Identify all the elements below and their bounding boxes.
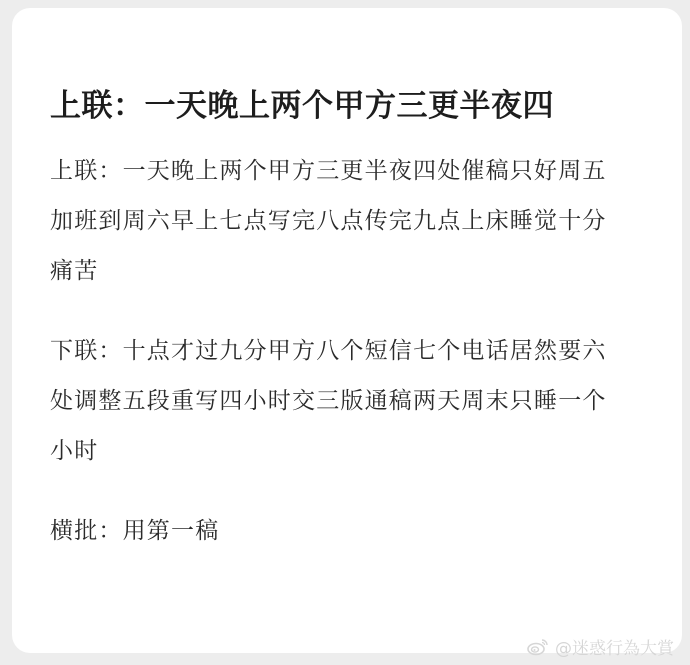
text-line: 小时 [50,426,660,476]
post-title: 上联：一天晚上两个甲方三更半夜四 [50,80,554,125]
weibo-watermark: @迷惑行為大賞 [527,634,674,659]
text-line: 处调整五段重写四小时交三版通稿两天周末只睡一个 [50,376,660,426]
text-line: 加班到周六早上七点写完八点传完九点上床睡觉十分 [50,196,660,246]
upper-couplet-paragraph: 上联：一天晚上两个甲方三更半夜四处催稿只好周五 加班到周六早上七点写完八点传完九… [50,146,660,296]
watermark-text: @迷惑行為大賞 [555,634,674,659]
lower-couplet-paragraph: 下联：十点才过九分甲方八个短信七个电话居然要六 处调整五段重写四小时交三版通稿两… [50,326,660,476]
text-line: 下联：十点才过九分甲方八个短信七个电话居然要六 [50,326,660,376]
text-line: 痛苦 [50,246,660,296]
text-line: 横批：用第一稿 [50,506,660,556]
weibo-icon [527,638,549,656]
horizontal-scroll-paragraph: 横批：用第一稿 [50,506,660,556]
text-line: 上联：一天晚上两个甲方三更半夜四处催稿只好周五 [50,146,660,196]
content-card: 上联：一天晚上两个甲方三更半夜四 上联：一天晚上两个甲方三更半夜四处催稿只好周五… [12,8,682,653]
